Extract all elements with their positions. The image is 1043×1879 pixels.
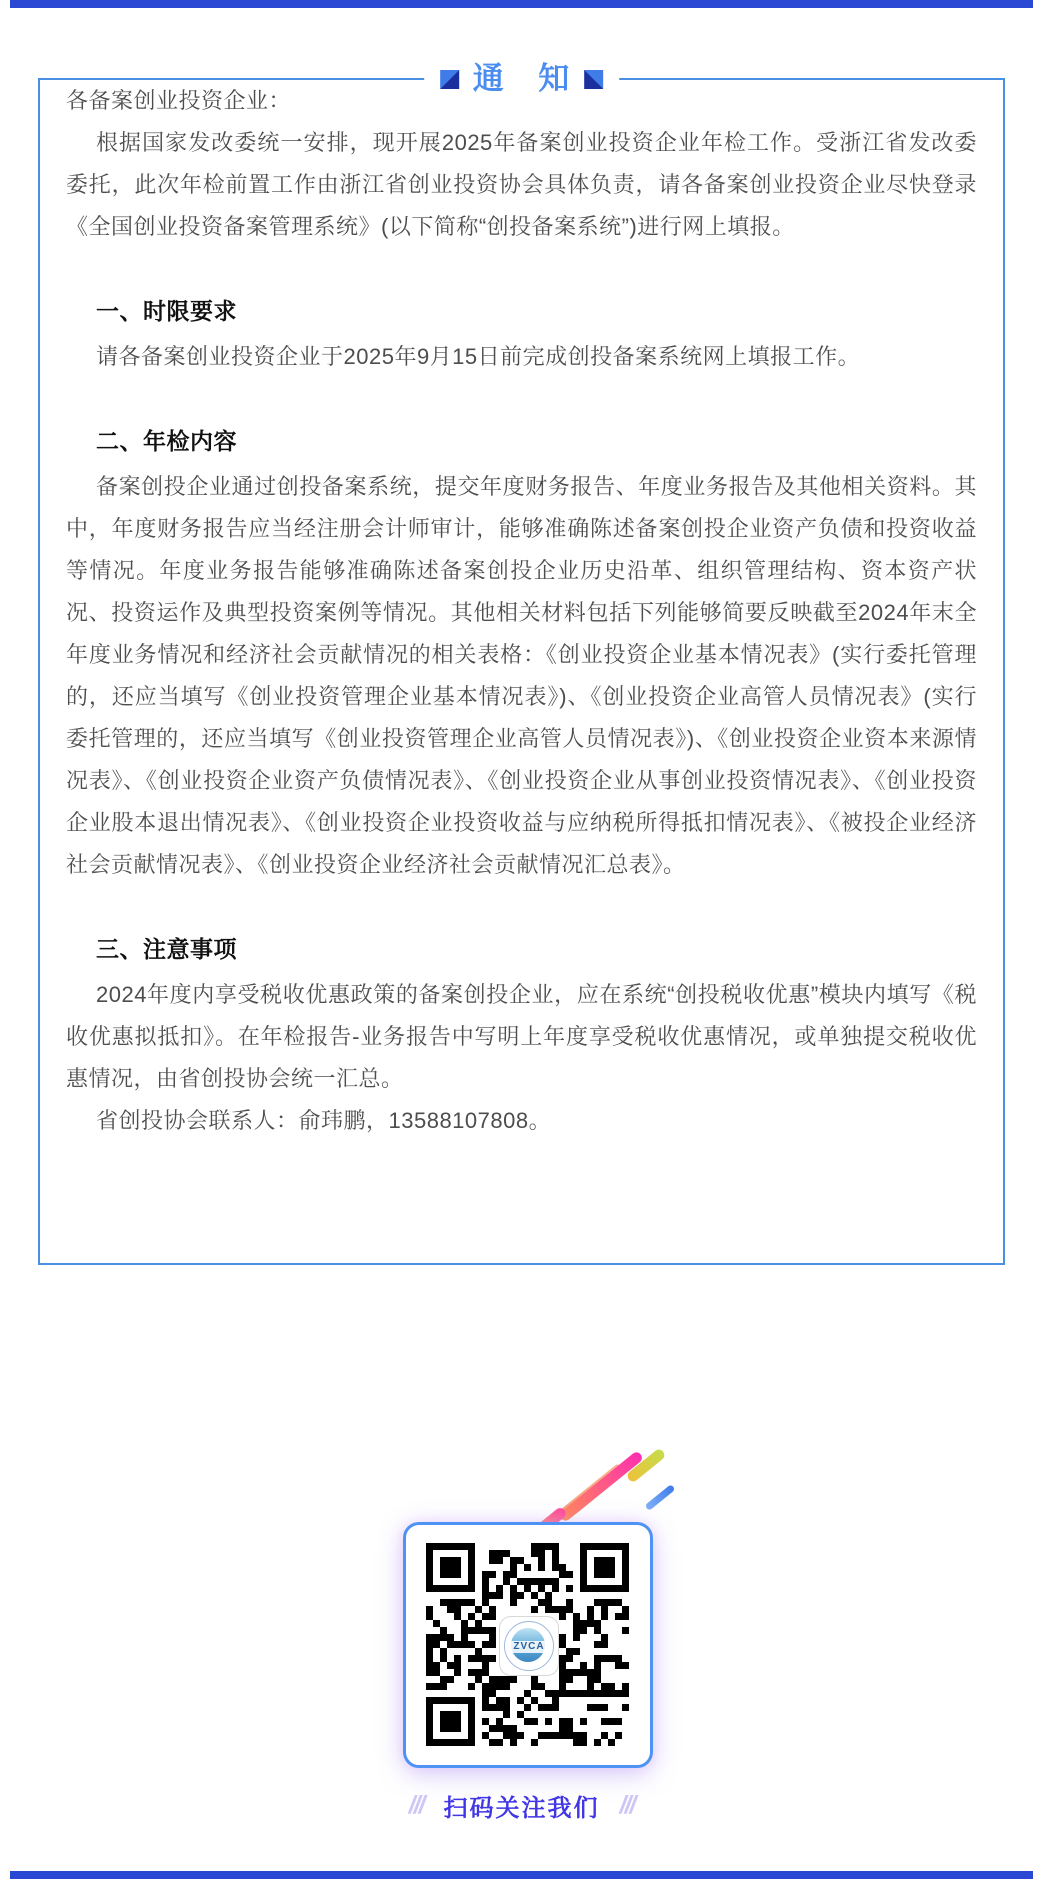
section-paragraph: 请各备案创业投资企业于2025年9月15日前完成创投备案系统网上填报工作。 [66, 336, 977, 378]
notice-page: 通 知 各备案创业投资企业： 根据国家发改委统一安排，现开展2025年备案创业投… [0, 0, 1043, 1879]
section-paragraph: 2024年度内享受税收优惠政策的备案创投企业，应在系统“创投税收优惠”模块内填写… [66, 974, 977, 1100]
flag-left-icon [440, 70, 459, 89]
slash-left-icon: /// [409, 1791, 424, 1820]
section-heading: 一、时限要求 [66, 290, 977, 332]
flag-right-icon [584, 70, 603, 89]
notice-title: 通 知 [424, 56, 620, 102]
slash-right-icon: /// [620, 1791, 635, 1820]
section-heading: 二、年检内容 [66, 420, 977, 462]
intro-paragraph: 根据国家发改委统一安排，现开展2025年备案创业投资企业年检工作。受浙江省发改委… [66, 122, 977, 248]
deco-stroke-blue [645, 1484, 676, 1511]
section-paragraph: 备案创投企业通过创投备案系统，提交年度财务报告、年度业务报告及其他相关资料。其中… [66, 466, 977, 886]
section-time-requirement: 一、时限要求 请各备案创业投资企业于2025年9月15日前完成创投备案系统网上填… [66, 290, 977, 378]
deco-stroke-pink [558, 1450, 644, 1523]
follow-label: 扫码关注我们 [444, 1788, 600, 1823]
section-heading: 三、注意事项 [66, 928, 977, 970]
notice-box: 通 知 各备案创业投资企业： 根据国家发改委统一安排，现开展2025年备案创业投… [38, 78, 1005, 1265]
qr-card: ZVCA [403, 1522, 653, 1768]
qr-logo-text: ZVCA [513, 1642, 544, 1652]
top-divider-bar [10, 0, 1033, 8]
qr-center-logo: ZVCA [499, 1616, 559, 1676]
association-emblem-icon: ZVCA [504, 1621, 554, 1671]
section-inspection-content: 二、年检内容 备案创投企业通过创投备案系统，提交年度财务报告、年度业务报告及其他… [66, 420, 977, 886]
bottom-divider-bar [10, 1871, 1033, 1879]
section-notes: 三、注意事项 2024年度内享受税收优惠政策的备案创投企业，应在系统“创投税收优… [66, 928, 977, 1100]
notice-body: 各备案创业投资企业： 根据国家发改委统一安排，现开展2025年备案创业投资企业年… [66, 80, 977, 1142]
notice-title-text: 通 知 [473, 56, 583, 102]
follow-caption: /// 扫码关注我们 /// [0, 1788, 1043, 1823]
contact-line: 省创投协会联系人：俞玮鹏，13588107808。 [66, 1100, 977, 1142]
